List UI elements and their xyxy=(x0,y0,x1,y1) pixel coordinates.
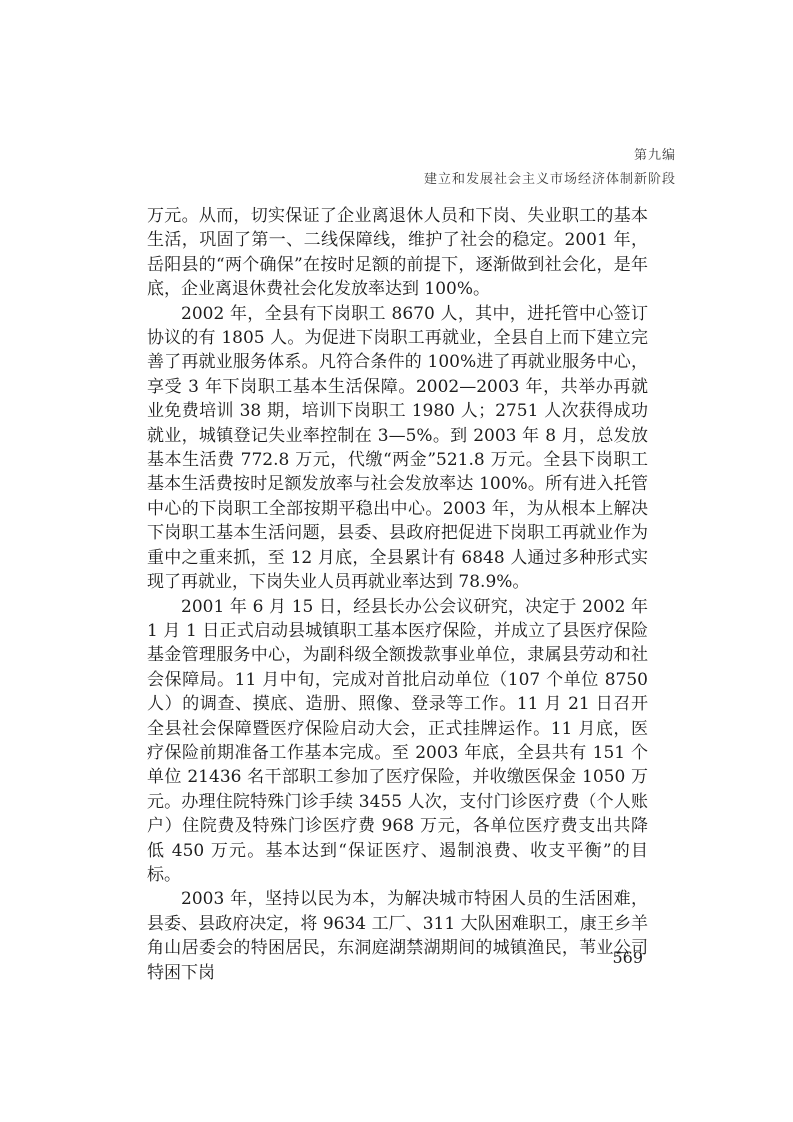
body-paragraph: 万元。从而，切实保证了企业离退休人员和下岗、失业职工的基本生活，巩固了第一、二线… xyxy=(147,204,648,302)
running-head: 第九编 建立和发展社会主义市场经济体制新阶段 xyxy=(424,144,676,192)
body-paragraph: 2003 年，坚持以民为本，为解决城市特困人员的生活困难，县委、县政府决定，将 … xyxy=(147,887,648,985)
running-head-volume: 第九编 xyxy=(424,144,676,168)
book-page: 第九编 建立和发展社会主义市场经济体制新阶段 万元。从而，切实保证了企业离退休人… xyxy=(0,0,793,1122)
page-number: 569 xyxy=(612,946,643,970)
body-text: 万元。从而，切实保证了企业离退休人员和下岗、失业职工的基本生活，巩固了第一、二线… xyxy=(147,204,648,985)
body-paragraph: 2002 年，全县有下岗职工 8670 人，其中，进托管中心签订协议的有 180… xyxy=(147,302,648,595)
running-head-chapter: 建立和发展社会主义市场经济体制新阶段 xyxy=(424,168,676,192)
body-paragraph: 2001 年 6 月 15 日，经县长办公会议研究，决定于 2002 年 1 月… xyxy=(147,595,648,888)
